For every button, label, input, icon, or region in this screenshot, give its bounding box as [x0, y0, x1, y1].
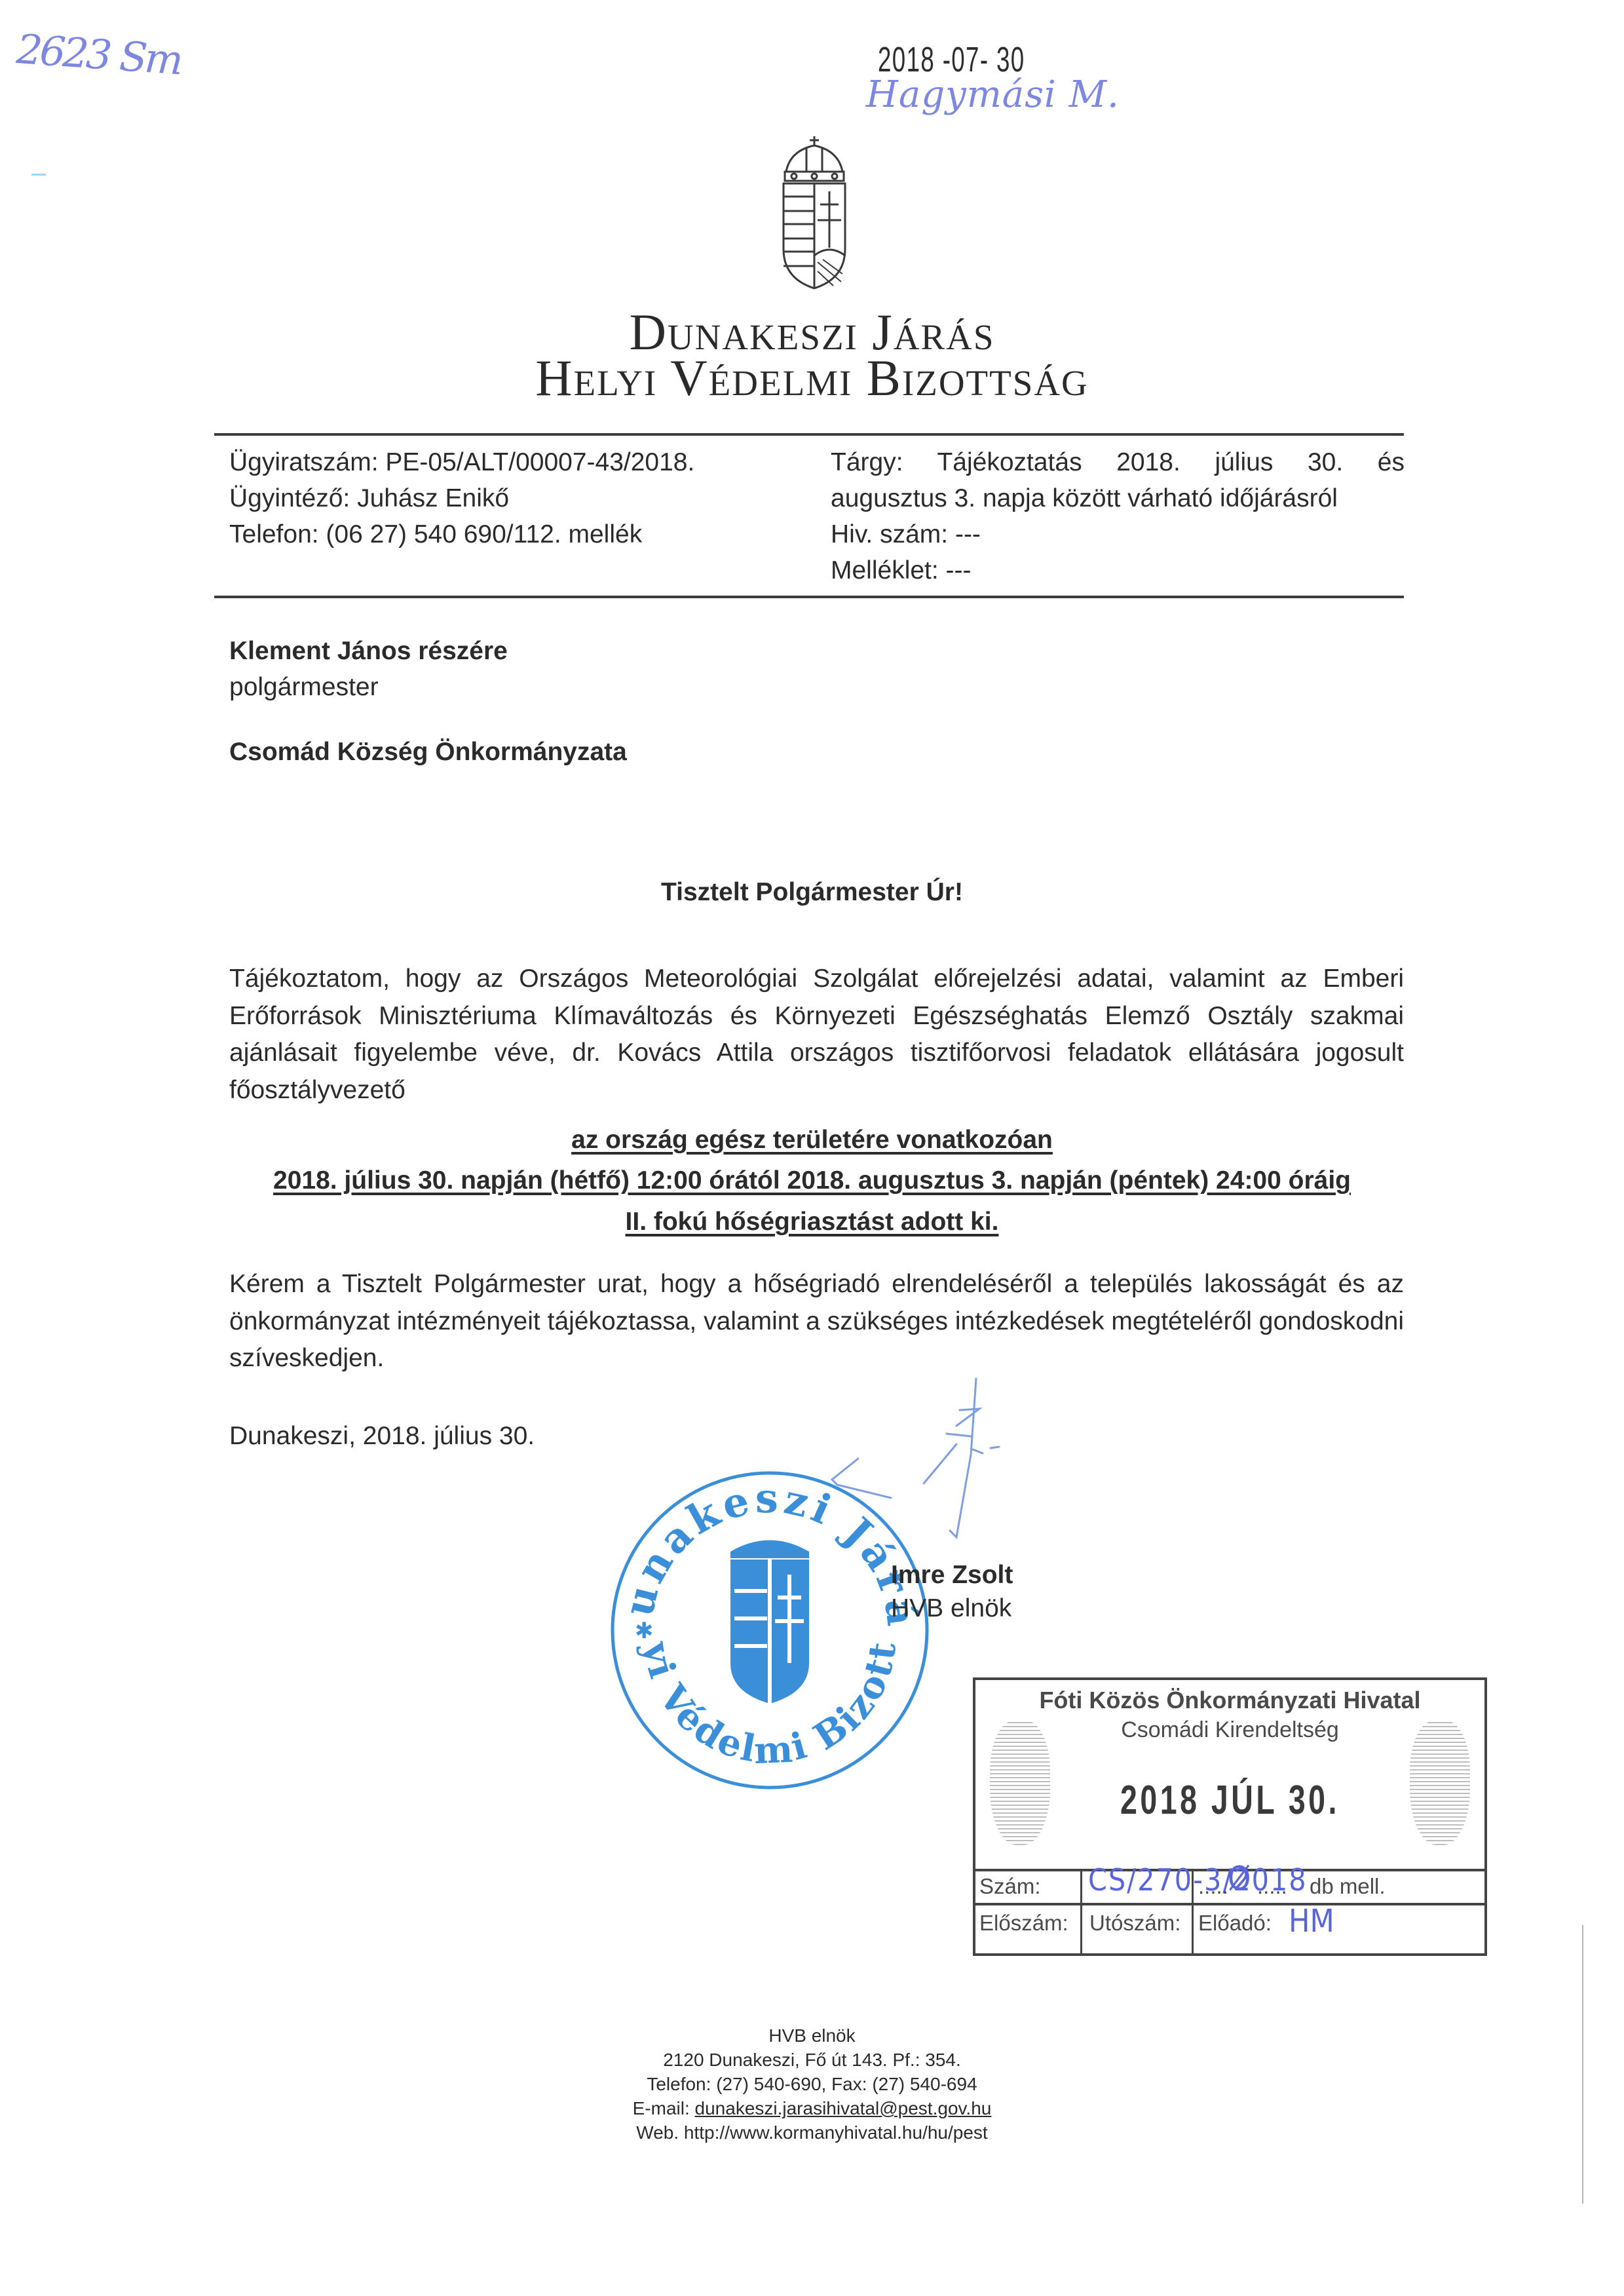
footer-role: HVB elnök [0, 2023, 1624, 2048]
next-number-label: Utószám: [1089, 1911, 1180, 1936]
subject-line-2: augusztus 3. napja között várható időjár… [831, 480, 1405, 516]
subject-line-1: Tárgy: Tájékoztatás 2018. július 30. és [831, 444, 1405, 480]
registry-grid: Szám: CS/270-3/2018 ..... Ø ..... db mel… [975, 1869, 1484, 1956]
attachments-count-handwritten: Ø [1228, 1860, 1251, 1898]
attachments-dots: ..... [1198, 1874, 1228, 1899]
registry-row-prev-next: Előszám: Utószám: Előadó: HM [975, 1903, 1484, 1956]
handwritten-reference-number: 2623 Sm [15, 25, 182, 84]
case-info: Ügyiratszám: PE-05/ALT/00007-43/2018. Üg… [229, 444, 694, 552]
attachments-label: db mell. [1310, 1874, 1386, 1899]
body-paragraph-2: Kérem a Tisztelt Polgármester urat, hogy… [229, 1266, 1404, 1377]
clerk-initials-handwritten: HM [1289, 1903, 1334, 1940]
addressee-organization: Csomád Község Önkormányzata [229, 738, 627, 767]
signer-name: Imre Zsolt [891, 1561, 1013, 1590]
highlight-line-2: 2018. július 30. napján (hétfő) 12:00 ór… [0, 1166, 1624, 1195]
handwritten-assignee: Hagymási M. [866, 73, 1120, 116]
footer-address: 2120 Dunakeszi, Fő út 143. Pf.: 354. [0, 2048, 1624, 2072]
header-rule-bottom [214, 596, 1404, 598]
registry-office: Fóti Közös Önkormányzati Hivatal [975, 1687, 1484, 1714]
highlight-line-1: az ország egész területére vonatkozóan [0, 1126, 1624, 1155]
clerk-label: Előadó: [1198, 1911, 1272, 1936]
registry-column-divider-1 [1080, 1869, 1082, 1956]
body-paragraph-1: Tájékoztatom, hogy az Országos Meteoroló… [229, 961, 1404, 1109]
registry-branch: Csomádi Kirendeltség [975, 1717, 1484, 1743]
footer-email-link[interactable]: dunakeszi.jarasihivatal@pest.gov.hu [695, 2098, 992, 2118]
official-round-stamp: Dunakeszi Járás Helyi Védelmi Bizottság … [606, 1466, 934, 1794]
footer-web[interactable]: Web. http://www.kormanyhivatal.hu/hu/pes… [0, 2120, 1624, 2145]
footer-email-label: E-mail: [633, 2098, 695, 2118]
footer-contact: HVB elnök 2120 Dunakeszi, Fő út 143. Pf.… [0, 2023, 1624, 2145]
highlight-line-3: II. fokú hőségriasztást adott ki. [0, 1208, 1624, 1236]
svg-text:✱: ✱ [635, 1618, 654, 1644]
hungarian-coat-of-arms-icon [777, 131, 852, 292]
addressee-title: polgármester [229, 673, 379, 702]
stray-ink-mark [31, 174, 46, 176]
attachments-dots-2: ..... [1257, 1874, 1287, 1899]
scan-artifact-line [1582, 1925, 1583, 2204]
footer-phone-fax: Telefon: (27) 540-690, Fax: (27) 540-694 [0, 2072, 1624, 2096]
number-label: Szám: [979, 1874, 1041, 1899]
prev-number-label: Előszám: [979, 1911, 1068, 1936]
case-number: Ügyiratszám: PE-05/ALT/00007-43/2018. [229, 444, 694, 480]
place-and-date: Dunakeszi, 2018. július 30. [229, 1422, 535, 1451]
registry-stamp: Fóti Közös Önkormányzati Hivatal Csomádi… [973, 1677, 1487, 1956]
letterhead-title-line-2: Helyi Védelmi Bizottság [0, 349, 1624, 408]
reference-number: Hiv. szám: --- [831, 516, 1405, 552]
case-officer: Ügyintéző: Juhász Enikő [229, 480, 694, 516]
salutation: Tisztelt Polgármester Úr! [0, 878, 1624, 907]
signer-role: HVB elnök [891, 1594, 1011, 1623]
registry-row-number: Szám: CS/270-3/2018 ..... Ø ..... db mel… [975, 1869, 1484, 1903]
addressee-name: Klement János részére [229, 637, 508, 666]
footer-email-line: E-mail: dunakeszi.jarasihivatal@pest.gov… [0, 2096, 1624, 2120]
case-phone: Telefon: (06 27) 540 690/112. mellék [229, 516, 694, 552]
registry-column-divider-2 [1192, 1869, 1194, 1956]
attachment-info: Melléklet: --- [831, 552, 1405, 588]
header-rule-top [214, 433, 1404, 436]
registry-date: 2018 JÚL 30. [1039, 1777, 1421, 1824]
subject-info: Tárgy: Tájékoztatás 2018. július 30. és … [831, 444, 1405, 588]
